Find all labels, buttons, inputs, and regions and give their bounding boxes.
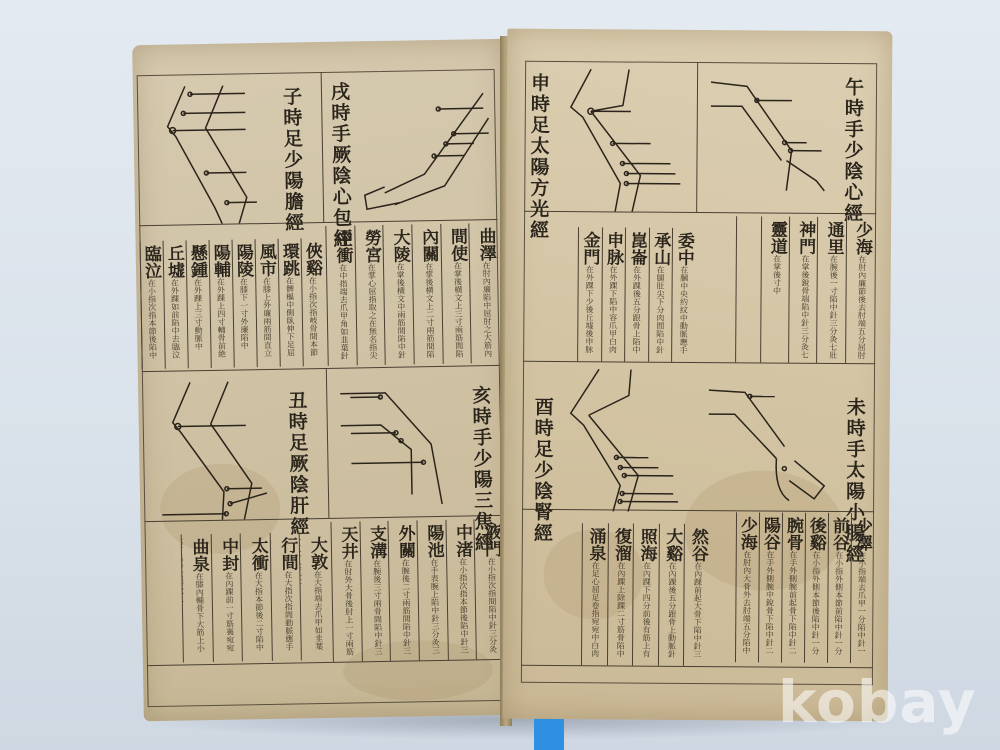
acupoint-cell: 崑崙在外踝後五分跟骨上陷中針三分灸三壯 bbox=[624, 227, 649, 361]
acupoint-cell: 中渚在小指次指本節後陷中針三分灸三壯 bbox=[445, 519, 476, 659]
arm-hand-diagram bbox=[330, 374, 462, 516]
acupoint-cell: 涌泉在足心屈足卷指宛宛中白肉際 bbox=[581, 523, 608, 665]
acupoint-cell: 大敦在大指端去爪甲如韭葉針三分灸三壯 bbox=[299, 532, 331, 660]
acupoint-cell: 外關在腕後二寸兩筋間陷中針三分灸五壯 bbox=[388, 520, 419, 660]
acupoint-cell: 陽陵在膝下一寸外廉陷中 bbox=[232, 239, 257, 367]
acupoint-cell: 太衝在大指本節後二寸陷中 bbox=[240, 533, 272, 661]
acupoint-table: 少澤在小指端去爪甲一分陷中針一分灸一壯 前谷在小指外側本節前陷中針一分灸三壯 後… bbox=[735, 512, 874, 663]
acupoint-cell: 懸鍾在外踝上三寸動脈中 bbox=[186, 240, 211, 368]
acupoint-cell: 金門在外踝下少後丘墟後申脉前針一分灸三壯 bbox=[577, 227, 602, 361]
acupoint-cell: 內關在掌後横文上二寸兩筋間陷中針五分灸五壯 bbox=[411, 224, 442, 364]
acupoint-cell: 環跳在髀樞中側臥伸下足屈上足取之 bbox=[278, 238, 303, 366]
acupoint-cell: 中衝在中指端去爪甲角如韭葉針一分灸一壯 bbox=[325, 225, 356, 365]
acupoint-cell: 間使在掌後横文上三寸兩筋間陷中去腕後三寸針三分灸五壯 bbox=[440, 223, 471, 363]
acupoint-cell: 神門在掌後銳骨端陷中針三分灸七壯炷如小麥 bbox=[788, 217, 817, 363]
acupoint-cell: 腕骨在手外側腕前起骨下陷中針二分灸三壯 bbox=[781, 513, 805, 663]
acupoint-cell: 曲澤在肘內廉陷中屈肘之大筋內側横文動脈中針三分灸三壯 bbox=[469, 223, 500, 363]
meridian-title: 酉時足少陰腎經 bbox=[532, 397, 552, 544]
leg-diagram bbox=[150, 373, 283, 521]
meridian-title: 丑時足厥陰肝經 bbox=[286, 390, 308, 537]
acupoint-table: 委中在膕中央約紋中動脈應手針八分 承山在腿肚尖下分肉間陷中針三分灸不及針宜七壯 … bbox=[577, 227, 696, 362]
acupoint-cell: 曲泉在膝內輔骨下大筋上小筋下陷中屈膝取之 bbox=[181, 534, 213, 662]
acupoint-cell: 委中在膕中央約紋中動脈應手針八分 bbox=[671, 228, 696, 362]
acupoint-cell: 陽池在手表腕上陷中針三分灸三壯不宜多 bbox=[416, 520, 447, 660]
acupoint-cell: 風市在膝上外廉兩筋間直立垂手中指盡處 bbox=[255, 239, 280, 367]
meridian-title: 午時手少陰心經 bbox=[842, 77, 862, 224]
right-page: 申時足太陽方光經 午時手少陰心經 委中在膕中央約紋中動脈應手針八分 承山在腿肚尖… bbox=[503, 29, 893, 722]
acupoint-cell: 申脉在外踝下陷中容爪甲白肉際前後有筋上有踝骨下有軟骨 bbox=[601, 227, 626, 361]
acupoint-table: 然谷在內踝前起大骨下陷中針三分灸三壯不見血 大谿在內踝後五分跟骨上動脈針三分灸三… bbox=[581, 523, 710, 666]
acupoint-cell: 陽輔在外踝上四寸輔骨前絶骨端 bbox=[209, 240, 234, 368]
acupoint-cell: 大陵在掌後横文中兩筋間陷中針五分灸五壯 bbox=[383, 224, 414, 364]
acupoint-cell: 天井在肘外大骨後肘上一寸兩筋間陷中屈肘取之針一分灸三壯 bbox=[330, 521, 361, 661]
acupoint-cell: 少海在肘內廉節後去肘端五分屈肘取之針三分灸三壯 bbox=[845, 217, 874, 363]
acupoint-cell: 丘墟在外踝如前陷中去臨泣三寸針五分灸三壯 bbox=[163, 240, 188, 368]
acupoint-cell: 支溝在腕後三寸兩骨間陷中針三分灸三壯 bbox=[359, 521, 390, 661]
acupoint-cell: 照海在內踝下四分前後有筋上有踝骨下有軟骨 bbox=[632, 524, 659, 666]
acupoint-cell: 中封在內踝前一寸筋裏宛宛中 bbox=[210, 533, 242, 661]
leg-diagram bbox=[145, 77, 278, 225]
acupoint-cell: 臨泣在小指次指本節後陷中去俠谿一寸半 bbox=[140, 241, 165, 369]
acupoint-cell: 大谿在內踝後五分跟骨上動脈針三分灸三壯 bbox=[658, 524, 685, 666]
empty-cell bbox=[735, 216, 761, 362]
leg-diagram bbox=[558, 365, 689, 512]
acupoint-cell: 復溜在內踝上除踝二寸筋骨陷中針三分灸五壯 bbox=[607, 523, 634, 665]
arm-hand-diagram bbox=[704, 370, 835, 511]
acupoint-table: 俠谿在小指次指岐骨間本節前陷中針一分灸三壯 環跳在髀樞中側臥伸下足屈上足取之 風… bbox=[140, 238, 326, 369]
acupoint-cell: 勞宮在掌心屈指取之在無名指尖尽处是穴 bbox=[354, 225, 385, 365]
acupoint-cell: 少澤在小指端去爪甲一分陷中針一分灸一壯 bbox=[850, 513, 874, 663]
acupoint-cell: 少海在肘內大骨外去肘端五分陷中針三分灸三壯 bbox=[735, 512, 759, 662]
acupoint-table: 少海在肘內廉節後去肘端五分屈肘取之針三分灸三壯 通里在腕後一寸陷中針三分灸七壯 … bbox=[735, 216, 874, 363]
acupoint-cell: 承山在腿肚尖下分肉間陷中針三分灸不及針宜七壯 bbox=[648, 228, 673, 362]
arm-hand-diagram bbox=[706, 70, 837, 211]
acupoint-cell: 然谷在內踝前起大骨下陷中針三分灸三壯不見血 bbox=[683, 524, 710, 666]
watermark-logo: kobay bbox=[778, 668, 977, 736]
meridian-title: 子時足少陽膽經 bbox=[281, 86, 303, 233]
acupoint-cell: 靈道在掌後寸中 bbox=[760, 216, 789, 362]
acupoint-table: 曲澤在肘內廉陷中屈肘之大筋內側横文動脈中針三分灸三壯 間使在掌後横文上三寸兩筋間… bbox=[325, 223, 499, 366]
acupoint-cell: 俠谿在小指次指岐骨間本節前陷中針一分灸三壯 bbox=[301, 238, 326, 366]
meridian-title: 申時足太陽方光經 bbox=[528, 73, 548, 241]
acupoint-cell: 陽谷在手外側腕中銳骨下陷中針二分灸三壯 bbox=[758, 512, 782, 662]
acupoint-cell: 後谿在小指外側本節後陷中針一分灸一壯 bbox=[804, 513, 828, 663]
acupoint-table: 液門在小指次指間陷中針三分灸三壯 中渚在小指次指本節後陷中針三分灸三壯 陽池在手… bbox=[330, 519, 504, 662]
arm-hand-diagram bbox=[353, 73, 495, 215]
leg-diagram bbox=[560, 65, 691, 212]
left-page: 子時足少陽膽經 戌時手厥陰心包經 曲澤在肘內廉陷中屈肘之大筋內側横文動脈中針三分… bbox=[132, 39, 516, 721]
acupoint-cell: 通里在腕後一寸陷中針三分灸七壯 bbox=[816, 217, 845, 363]
acupoint-cell: 行間在大指次指間動脈應手陷中 bbox=[269, 532, 301, 660]
acupoint-table: 大敦在大指端去爪甲如韭葉針三分灸三壯 行間在大指次指間動脈應手陷中 太衝在大指本… bbox=[181, 532, 331, 663]
acupoint-cell: 前谷在小指外側本節前陷中針一分灸三壯 bbox=[827, 513, 851, 663]
